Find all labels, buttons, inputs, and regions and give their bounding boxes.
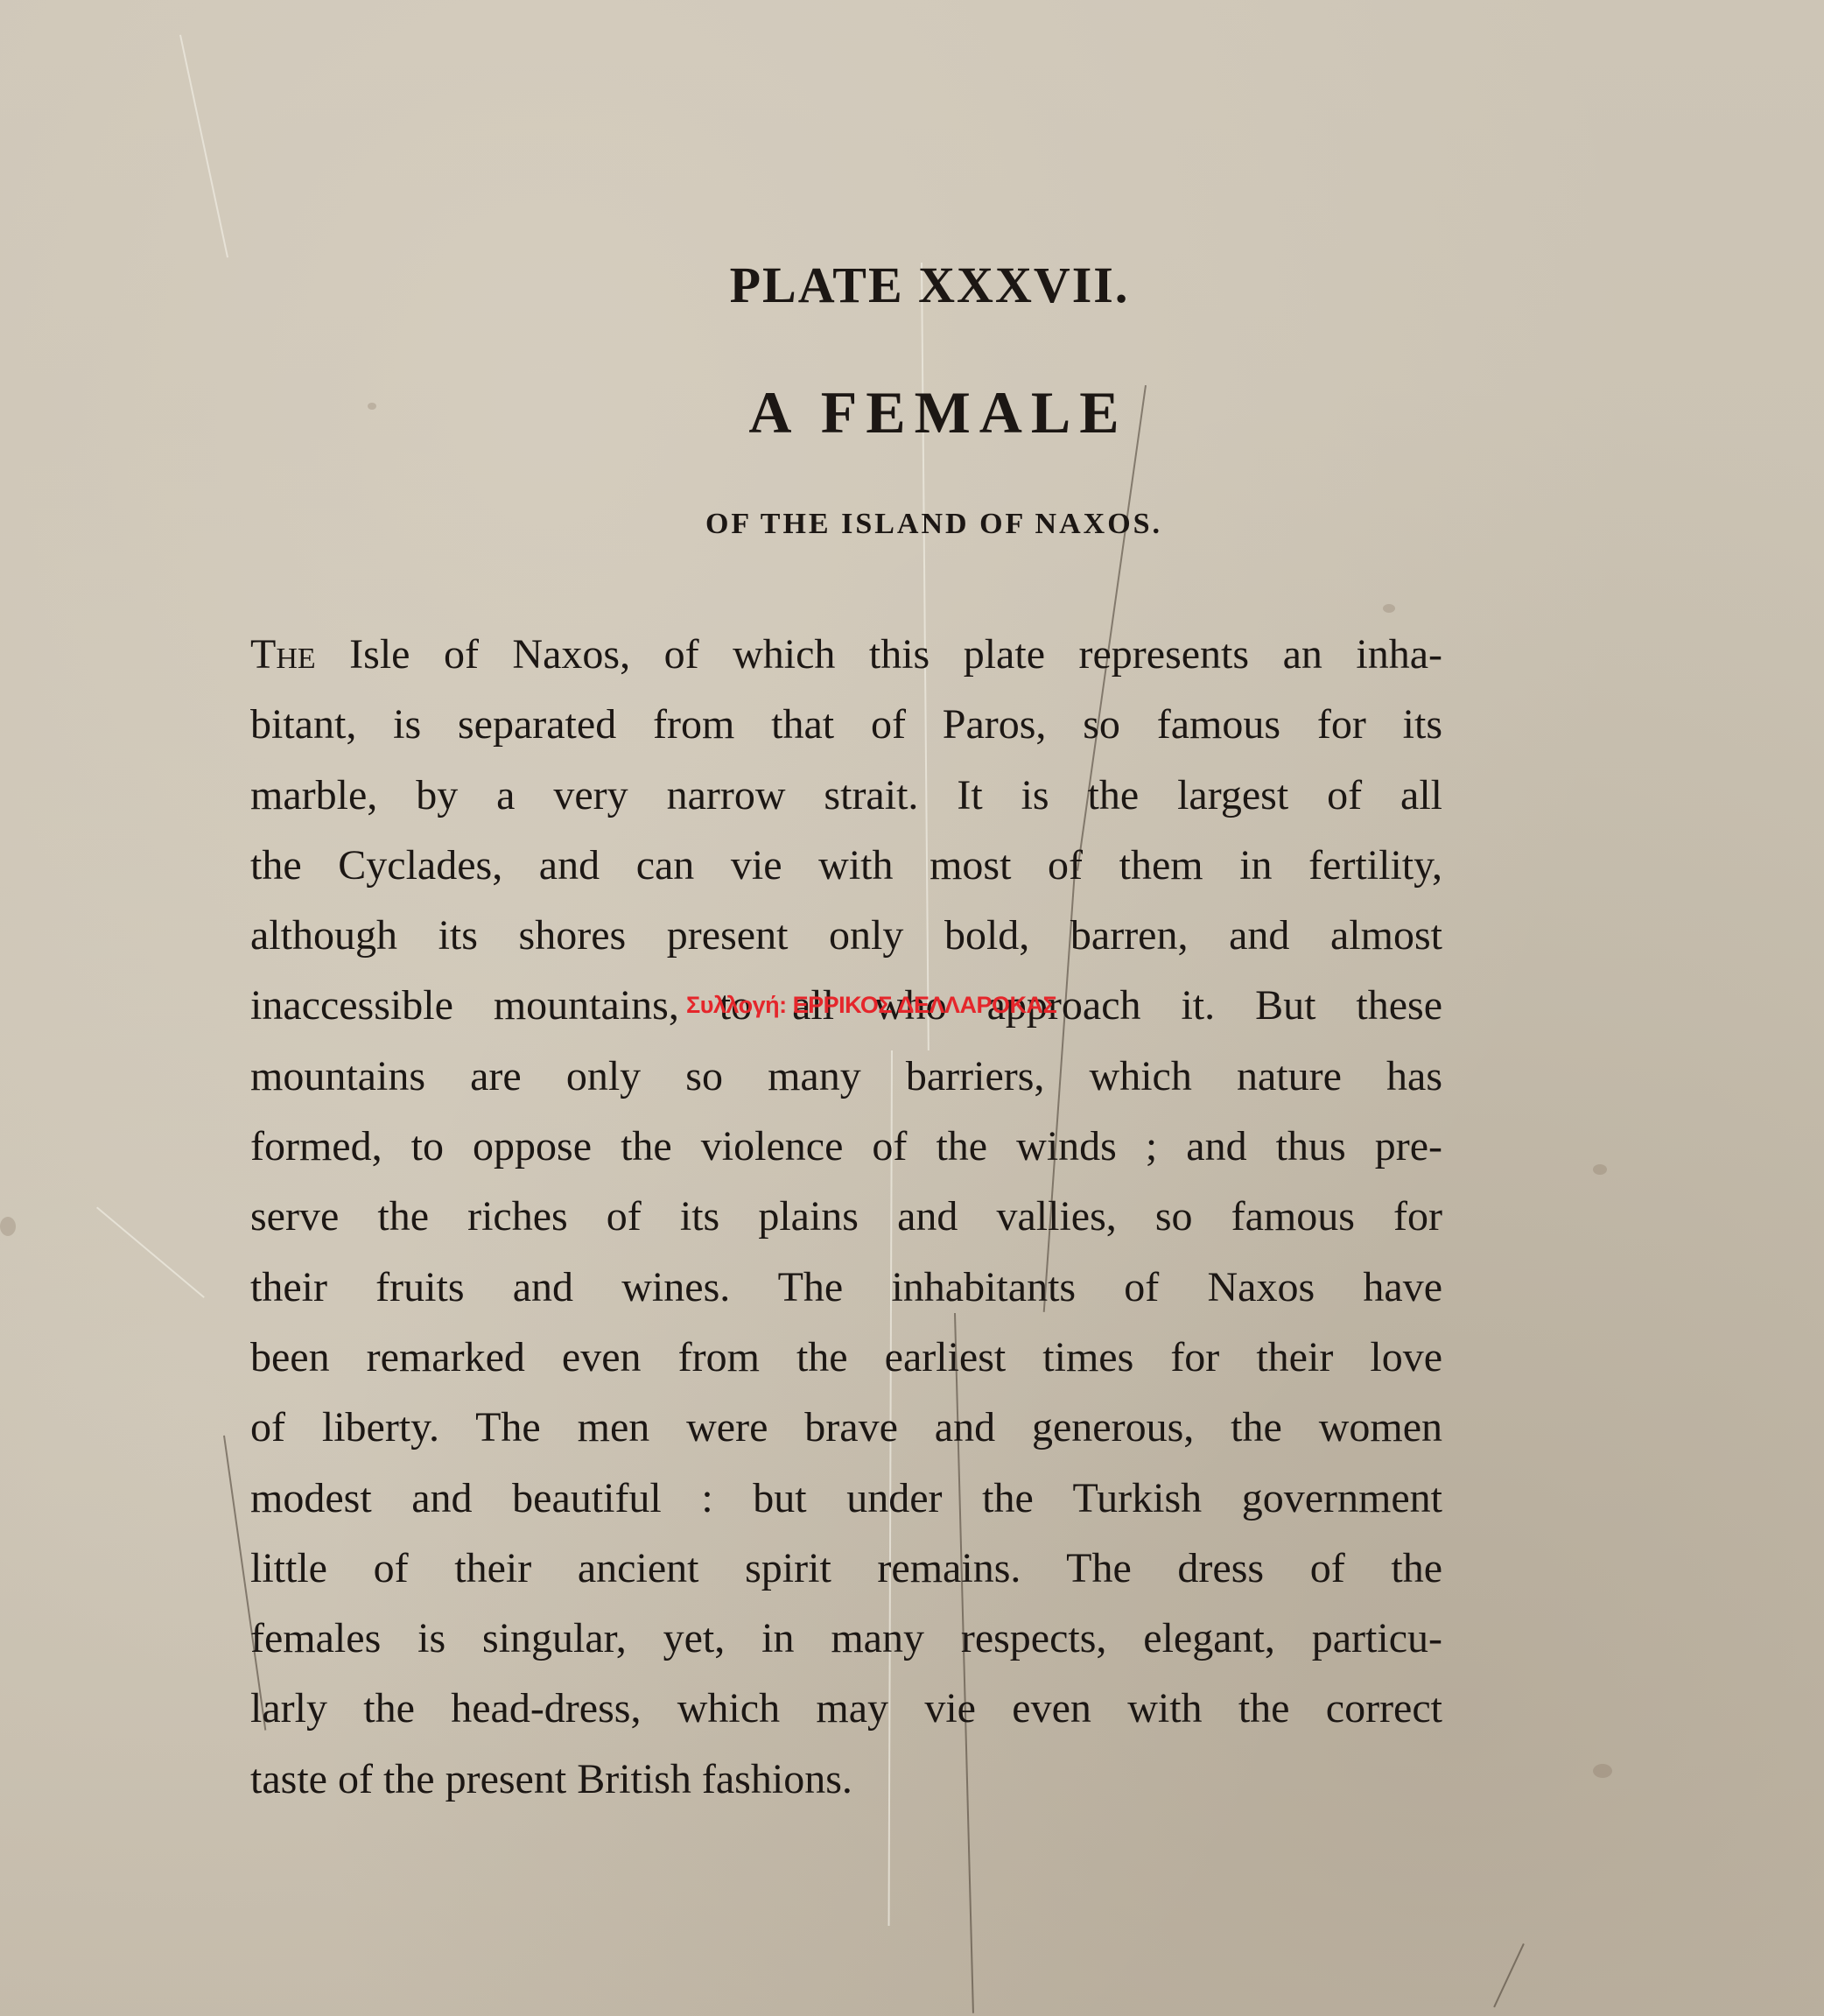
text-line: marble, by a very narrow strait. It is t…	[250, 769, 1442, 839]
text-line: formed, to oppose the violence of the wi…	[250, 1120, 1442, 1191]
plate-number-heading: PLATE XXXVII.	[0, 256, 1824, 314]
paper-crease	[1493, 1943, 1525, 2007]
text-line: of liberty. The men were brave and gener…	[250, 1401, 1442, 1472]
body-paragraph: The Isle of Naxos, of which this plate r…	[250, 629, 1442, 1823]
paper-stain	[0, 1217, 16, 1236]
paper-crease	[179, 35, 228, 258]
text-line-1: The Isle of Naxos, of which this plate r…	[250, 629, 1442, 699]
paper-stain	[1593, 1164, 1607, 1175]
text-line: females is singular, yet, in many respec…	[250, 1612, 1442, 1682]
paper-stain	[1383, 604, 1395, 613]
text-line: although its shores present only bold, b…	[250, 910, 1442, 980]
page-title: A FEMALE	[0, 378, 1824, 447]
text-line: the Cyclades, and can vie with most of t…	[250, 839, 1442, 910]
page-subtitle: OF THE ISLAND OF NAXOS.	[0, 508, 1824, 541]
text-line: been remarked even from the earliest tim…	[250, 1331, 1442, 1401]
text-line: serve the riches of its plains and valli…	[250, 1191, 1442, 1261]
paper-crease	[96, 1206, 205, 1297]
text-line: taste of the present British fashions.	[250, 1753, 1442, 1823]
text-line: little of their ancient spirit remains. …	[250, 1542, 1442, 1612]
text-line: modest and beautiful : but under the Tur…	[250, 1472, 1442, 1542]
scanned-page: PLATE XXXVII. A FEMALE OF THE ISLAND OF …	[0, 0, 1824, 2016]
collection-watermark: Συλλογή: ΕΡΡΙΚΟΣ ΔΕΛΛΑΡΟΚΑΣ	[686, 992, 1056, 1019]
paper-stain	[1593, 1764, 1612, 1778]
text-line: their fruits and wines. The inhabitants …	[250, 1261, 1442, 1331]
text-line: larly the head-dress, which may vie even…	[250, 1682, 1442, 1753]
text-line: bitant, is separated from that of Paros,…	[250, 699, 1442, 769]
text-line: mountains are only so many barriers, whi…	[250, 1050, 1442, 1120]
drop-smallcaps-word: The	[250, 631, 316, 678]
